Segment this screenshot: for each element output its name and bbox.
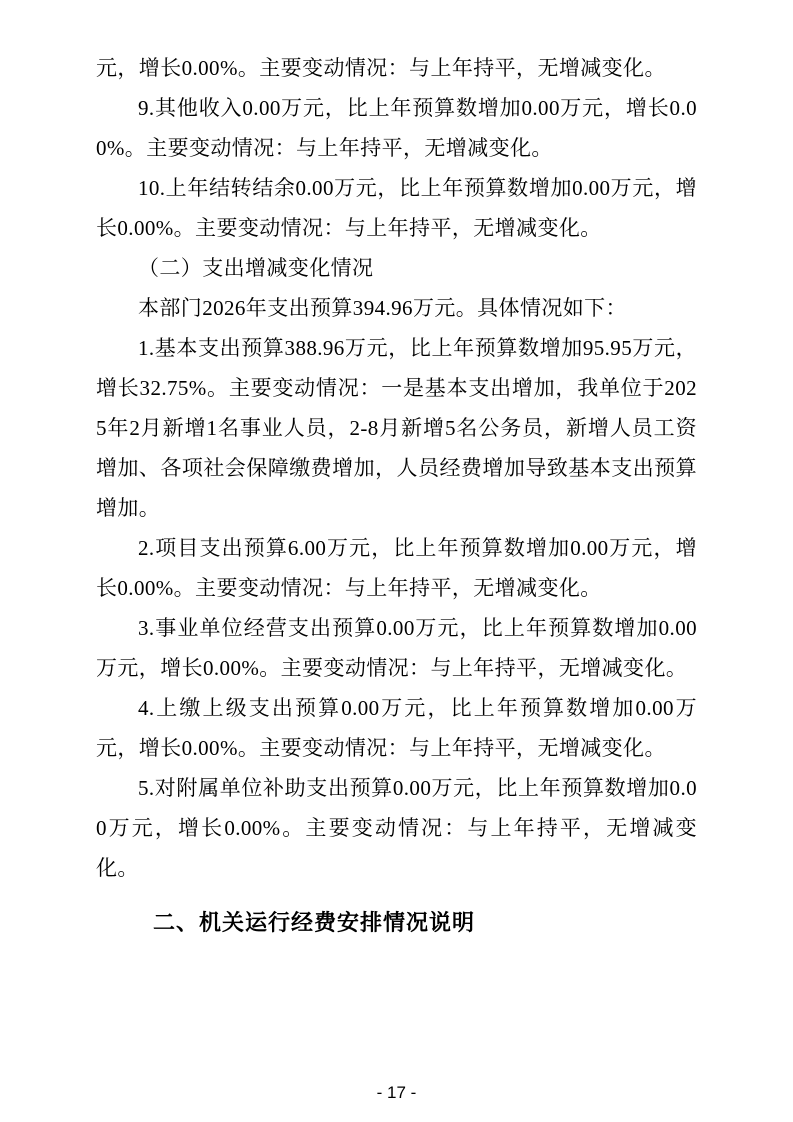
paragraph-item-3-operating-expenditure: 3.事业单位经营支出预算0.00万元，比上年预算数增加0.00万元，增长0.00… bbox=[96, 608, 697, 688]
paragraph-item-4-payment-to-higher-level: 4.上缴上级支出预算0.00万元，比上年预算数增加0.00万元，增长0.00%。… bbox=[96, 688, 697, 768]
paragraph-subsection-heading-expenditure-changes: （二）支出增减变化情况 bbox=[96, 248, 697, 288]
section-heading-operating-funds: 二、机关运行经费安排情况说明 bbox=[96, 903, 697, 943]
paragraph-expenditure-budget-summary: 本部门2026年支出预算394.96万元。具体情况如下： bbox=[96, 288, 697, 328]
document-page: 元，增长0.00%。主要变动情况：与上年持平，无增减变化。 9.其他收入0.00… bbox=[0, 0, 793, 1122]
paragraph-item-2-project-expenditure: 2.项目支出预算6.00万元，比上年预算数增加0.00万元，增长0.00%。主要… bbox=[96, 528, 697, 608]
page-number: - 17 - bbox=[0, 1083, 793, 1103]
document-body: 元，增长0.00%。主要变动情况：与上年持平，无增减变化。 9.其他收入0.00… bbox=[96, 48, 697, 943]
paragraph-continued-from-previous-page: 元，增长0.00%。主要变动情况：与上年持平，无增减变化。 bbox=[96, 48, 697, 88]
paragraph-item-1-basic-expenditure: 1.基本支出预算388.96万元，比上年预算数增加95.95万元，增长32.75… bbox=[96, 328, 697, 528]
paragraph-item-5-subsidy-to-affiliates: 5.对附属单位补助支出预算0.00万元，比上年预算数增加0.00万元，增长0.0… bbox=[96, 768, 697, 888]
paragraph-item-9-other-income: 9.其他收入0.00万元，比上年预算数增加0.00万元，增长0.00%。主要变动… bbox=[96, 88, 697, 168]
paragraph-item-10-carryover-balance: 10.上年结转结余0.00万元，比上年预算数增加0.00万元，增长0.00%。主… bbox=[96, 168, 697, 248]
